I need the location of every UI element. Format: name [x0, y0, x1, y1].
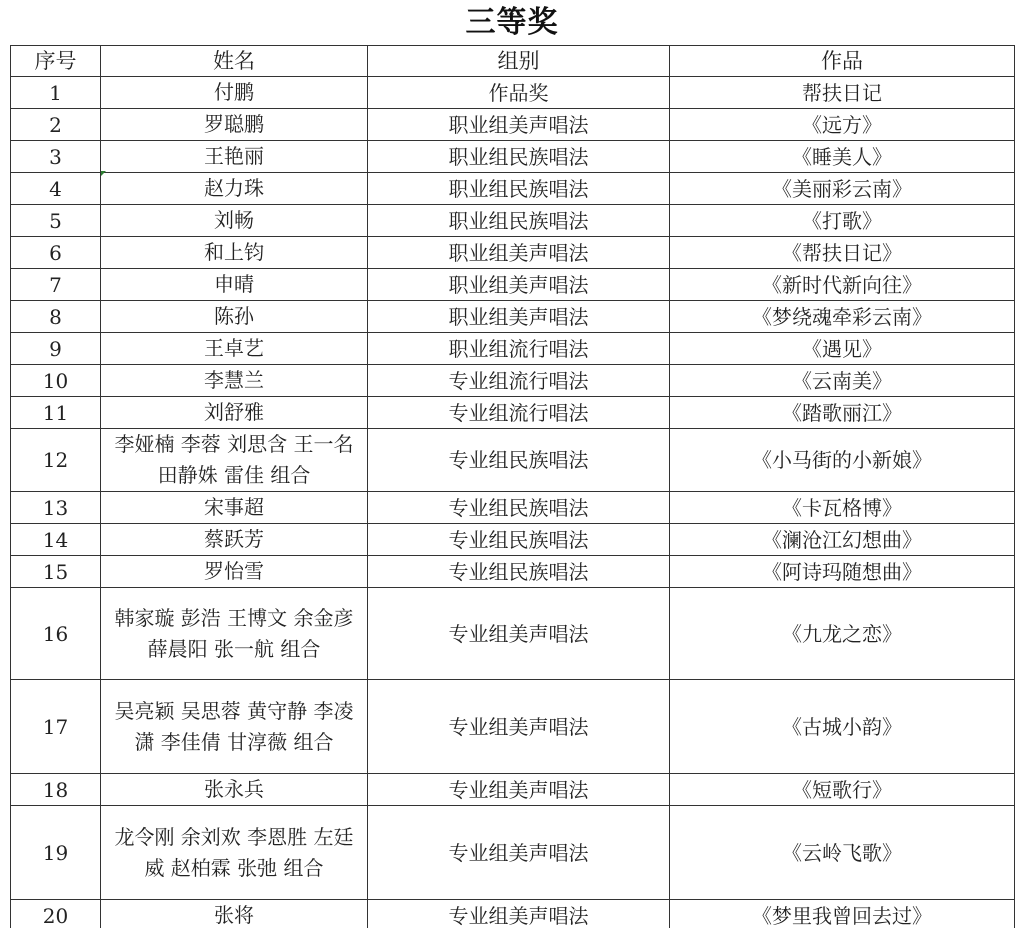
cell-name: 王卓艺 [101, 333, 368, 365]
cell-name: 李慧兰 [101, 365, 368, 397]
cell-num: 14 [11, 524, 101, 556]
cell-work: 《短歌行》 [670, 774, 1015, 806]
cell-num: 4 [11, 173, 101, 205]
cell-group: 专业组美声唱法 [368, 900, 670, 928]
cell-num: 13 [11, 492, 101, 524]
cell-group: 专业组民族唱法 [368, 524, 670, 556]
table-row: 4 赵力珠 职业组民族唱法 《美丽彩云南》 [11, 173, 1015, 205]
cell-group: 专业组美声唱法 [368, 806, 670, 900]
cell-name: 王艳丽 [101, 141, 368, 173]
table-row: 2 罗聪鹏 职业组美声唱法 《远方》 [11, 109, 1015, 141]
cell-work: 《打歌》 [670, 205, 1015, 237]
cell-name: 和上钧 [101, 237, 368, 269]
cell-num: 20 [11, 900, 101, 928]
cell-num: 19 [11, 806, 101, 900]
cell-comment-marker-icon [101, 171, 106, 176]
cell-group: 职业组美声唱法 [368, 301, 670, 333]
page-title: 三等奖 [0, 2, 1024, 44]
cell-work: 《古城小韵》 [670, 680, 1015, 774]
cell-name: 申晴 [101, 269, 368, 301]
cell-group: 职业组美声唱法 [368, 109, 670, 141]
cell-name: 付鹏 [101, 77, 368, 109]
table-row: 16 韩家璇 彭浩 王博文 余金彦 薛晨阳 张一航 组合 专业组美声唱法 《九龙… [11, 588, 1015, 680]
table-row: 1 付鹏 作品奖 帮扶日记 [11, 77, 1015, 109]
cell-work: 《阿诗玛随想曲》 [670, 556, 1015, 588]
table-row: 10 李慧兰 专业组流行唱法 《云南美》 [11, 365, 1015, 397]
cell-num: 10 [11, 365, 101, 397]
cell-group: 专业组流行唱法 [368, 397, 670, 429]
table-row: 19 龙令刚 余刘欢 李恩胜 左廷威 赵柏霖 张弛 组合 专业组美声唱法 《云岭… [11, 806, 1015, 900]
cell-group: 职业组流行唱法 [368, 333, 670, 365]
header-row: 序号 姓名 组别 作品 [11, 46, 1015, 77]
cell-work: 《美丽彩云南》 [670, 173, 1015, 205]
cell-name: 刘畅 [101, 205, 368, 237]
cell-num: 1 [11, 77, 101, 109]
header-work: 作品 [670, 46, 1015, 77]
cell-num: 5 [11, 205, 101, 237]
table-row: 8 陈孙 职业组美声唱法 《梦绕魂牵彩云南》 [11, 301, 1015, 333]
table-row: 14 蔡跃芳 专业组民族唱法 《澜沧江幻想曲》 [11, 524, 1015, 556]
header-num: 序号 [11, 46, 101, 77]
cell-num: 16 [11, 588, 101, 680]
cell-num: 17 [11, 680, 101, 774]
cell-group: 职业组民族唱法 [368, 173, 670, 205]
table-row: 12 李娅楠 李蓉 刘思含 王一名 田静姝 雷佳 组合 专业组民族唱法 《小马街… [11, 429, 1015, 492]
cell-work: 《小马街的小新娘》 [670, 429, 1015, 492]
cell-work: 《梦绕魂牵彩云南》 [670, 301, 1015, 333]
cell-work: 《踏歌丽江》 [670, 397, 1015, 429]
cell-group: 专业组美声唱法 [368, 588, 670, 680]
cell-work: 《睡美人》 [670, 141, 1015, 173]
cell-work: 《云岭飞歌》 [670, 806, 1015, 900]
cell-work: 《梦里我曾回去过》 [670, 900, 1015, 928]
cell-name: 韩家璇 彭浩 王博文 余金彦 薛晨阳 张一航 组合 [101, 588, 368, 680]
cell-group: 职业组民族唱法 [368, 205, 670, 237]
cell-name: 陈孙 [101, 301, 368, 333]
cell-num: 7 [11, 269, 101, 301]
table-row: 15 罗怡雪 专业组民族唱法 《阿诗玛随想曲》 [11, 556, 1015, 588]
cell-name: 蔡跃芳 [101, 524, 368, 556]
cell-group: 职业组民族唱法 [368, 141, 670, 173]
table-row: 11 刘舒雅 专业组流行唱法 《踏歌丽江》 [11, 397, 1015, 429]
cell-name: 张永兵 [101, 774, 368, 806]
table-row: 20 张将 专业组美声唱法 《梦里我曾回去过》 [11, 900, 1015, 928]
table-row: 7 申晴 职业组美声唱法 《新时代新向往》 [11, 269, 1015, 301]
cell-work: 《云南美》 [670, 365, 1015, 397]
cell-group: 职业组美声唱法 [368, 237, 670, 269]
cell-name: 刘舒雅 [101, 397, 368, 429]
table-row: 3 王艳丽 职业组民族唱法 《睡美人》 [11, 141, 1015, 173]
cell-name: 龙令刚 余刘欢 李恩胜 左廷威 赵柏霖 张弛 组合 [101, 806, 368, 900]
cell-group: 职业组美声唱法 [368, 269, 670, 301]
cell-work: 《新时代新向往》 [670, 269, 1015, 301]
cell-num: 12 [11, 429, 101, 492]
table-row: 6 和上钧 职业组美声唱法 《帮扶日记》 [11, 237, 1015, 269]
cell-group: 专业组流行唱法 [368, 365, 670, 397]
table-row: 9 王卓艺 职业组流行唱法 《遇见》 [11, 333, 1015, 365]
cell-work: 《远方》 [670, 109, 1015, 141]
table-row: 18 张永兵 专业组美声唱法 《短歌行》 [11, 774, 1015, 806]
cell-num: 3 [11, 141, 101, 173]
cell-group: 作品奖 [368, 77, 670, 109]
cell-name: 罗聪鹏 [101, 109, 368, 141]
cell-work: 《澜沧江幻想曲》 [670, 524, 1015, 556]
cell-num: 9 [11, 333, 101, 365]
award-table: 序号 姓名 组别 作品 1 付鹏 作品奖 帮扶日记 2 罗聪鹏 职业组美声唱法 … [10, 45, 1015, 928]
table-row: 17 吴亮颖 吴思蓉 黄守静 李凌潇 李佳倩 甘淳薇 组合 专业组美声唱法 《古… [11, 680, 1015, 774]
cell-group: 专业组美声唱法 [368, 680, 670, 774]
cell-work: 《帮扶日记》 [670, 237, 1015, 269]
cell-num: 11 [11, 397, 101, 429]
header-group: 组别 [368, 46, 670, 77]
cell-num: 18 [11, 774, 101, 806]
header-name: 姓名 [101, 46, 368, 77]
cell-group: 专业组美声唱法 [368, 774, 670, 806]
cell-group: 专业组民族唱法 [368, 429, 670, 492]
table-row: 5 刘畅 职业组民族唱法 《打歌》 [11, 205, 1015, 237]
cell-name: 宋事超 [101, 492, 368, 524]
cell-group: 专业组民族唱法 [368, 492, 670, 524]
cell-name: 李娅楠 李蓉 刘思含 王一名 田静姝 雷佳 组合 [101, 429, 368, 492]
cell-name: 张将 [101, 900, 368, 928]
cell-name: 赵力珠 [101, 173, 368, 205]
cell-num: 15 [11, 556, 101, 588]
cell-work: 《遇见》 [670, 333, 1015, 365]
cell-num: 8 [11, 301, 101, 333]
cell-num: 6 [11, 237, 101, 269]
cell-name: 罗怡雪 [101, 556, 368, 588]
cell-work: 《九龙之恋》 [670, 588, 1015, 680]
cell-group: 专业组民族唱法 [368, 556, 670, 588]
cell-name: 吴亮颖 吴思蓉 黄守静 李凌潇 李佳倩 甘淳薇 组合 [101, 680, 368, 774]
cell-work: 《卡瓦格博》 [670, 492, 1015, 524]
table-row: 13 宋事超 专业组民族唱法 《卡瓦格博》 [11, 492, 1015, 524]
cell-work: 帮扶日记 [670, 77, 1015, 109]
cell-num: 2 [11, 109, 101, 141]
